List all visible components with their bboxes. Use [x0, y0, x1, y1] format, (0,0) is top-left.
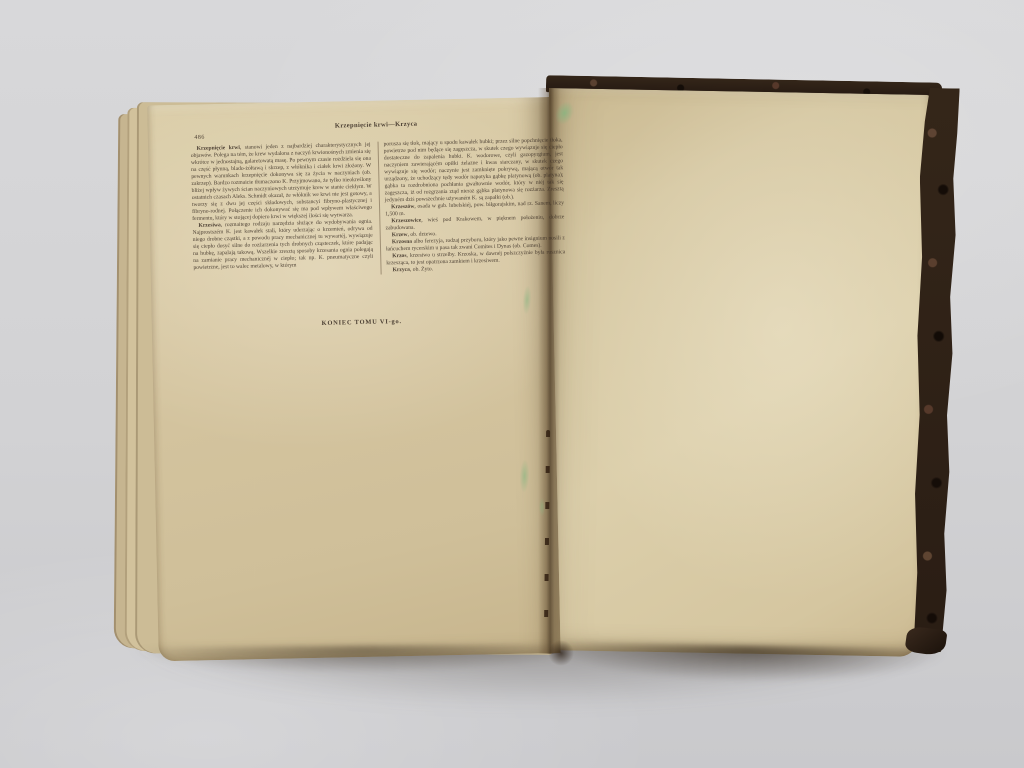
entry-headword: Krzew	[392, 232, 408, 238]
entry-headword: Krzos	[392, 253, 406, 259]
paragraph: Krzesiwa, rozmaitego rodzaju narzędzia s…	[192, 219, 373, 272]
entry-text: , ob. Żyto.	[410, 266, 433, 273]
entry-text: , stanowi jeden z najbardziej charaktery…	[191, 142, 372, 222]
entry-text: , ob. drzewo.	[407, 231, 436, 238]
page-number: 486	[194, 135, 205, 141]
left-text-column: Krzepnięcie krwi, stanowi jeden z najbar…	[191, 142, 374, 279]
entry-headword: Krzeszowice	[391, 218, 421, 225]
entry-text: , rozmaitego rodzaju narzędzia służące d…	[193, 219, 374, 271]
green-pencil-mark	[539, 498, 545, 516]
photograph-open-book: 486 Krzepnięcie krwi—Krzyca Krzepnięcie …	[0, 0, 1024, 768]
right-page-bottom-shadow	[552, 643, 945, 686]
paragraph: Krzepnięcie krwi, stanowi jeden z najbar…	[191, 142, 373, 223]
printed-page-text: 486 Krzepnięcie krwi—Krzyca Krzepnięcie …	[190, 113, 567, 330]
right-text-column: porusza się tłok, mający u spodu kawałek…	[378, 137, 566, 274]
blank-right-page	[539, 88, 932, 657]
entry-headword: Krzesiwa	[198, 222, 221, 229]
entry-text: porusza się tłok, mający u spodu kawałek…	[384, 137, 564, 203]
two-column-text: Krzepnięcie krwi, stanowi jeden z najbar…	[190, 113, 566, 279]
entry-headword: Krzyca	[392, 267, 410, 273]
entry-headword: Krzepnięcie krwi	[197, 145, 240, 152]
entry-headword: Krzeszów	[391, 204, 414, 211]
left-page-bottom-shadow	[132, 645, 552, 676]
entry-headword: Krzosna	[392, 239, 412, 245]
paragraph: porusza się tłok, mający u spodu kawałek…	[384, 137, 564, 204]
